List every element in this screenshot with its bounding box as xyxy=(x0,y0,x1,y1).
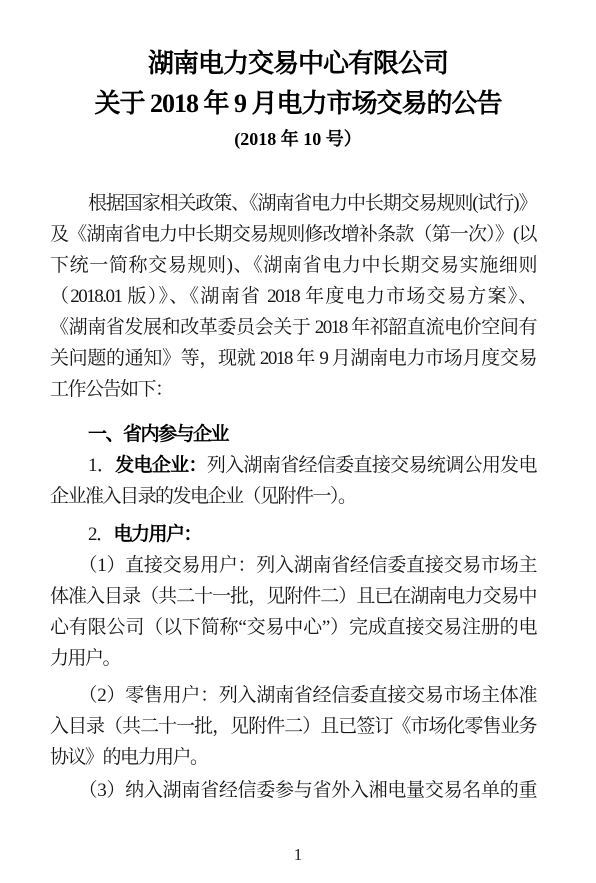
page-number: 1 xyxy=(0,845,596,865)
doc-line: 及《湖南省电力中长期交易规则修改增补条款（第一次）》(以 xyxy=(50,219,536,250)
doc-title-line2: 关于 2018 年 9 月电力市场交易的公告 xyxy=(0,84,596,124)
doc-line: （2）零售用户：列入湖南省经信委直接交易市场主体准 xyxy=(50,680,536,711)
term-label: 发电企业： xyxy=(115,455,207,476)
doc-line: （3）纳入湖南省经信委参与省外入湘电量交易名单的重 xyxy=(50,775,536,806)
section-heading: 一、省内参与企业 xyxy=(50,419,536,450)
doc-line: 关问题的通知》等，现就 2018 年 9 月湖南电力市场月度交易 xyxy=(50,343,536,374)
doc-line: 《湖南省发展和改革委员会关于 2018 年祁韶直流电价空间有 xyxy=(50,312,536,343)
doc-line: 1．发电企业：列入湖南省经信委直接交易统调公用发电 xyxy=(50,450,536,481)
doc-line: 2．电力用户： xyxy=(50,519,536,550)
doc-line: 入目录（共二十一批，见附件二）且已签订《市场化零售业务 xyxy=(50,711,536,742)
doc-line: 根据国家相关政策、《湖南省电力中长期交易规则(试行)》 xyxy=(50,188,536,219)
list-number: 2． xyxy=(88,524,114,545)
doc-line: （1）直接交易用户：列入湖南省经信委直接交易市场主 xyxy=(50,550,536,581)
list-number: 1． xyxy=(88,455,115,476)
doc-line: 工作公告如下： xyxy=(50,374,536,405)
doc-line: 下统一简称交易规则)、《湖南省电力中长期交易实施细则 xyxy=(50,250,536,281)
document-page: 湖南电力交易中心有限公司 关于 2018 年 9 月电力市场交易的公告 (201… xyxy=(0,0,596,883)
doc-line: 企业准入目录的发电企业（见附件一）。 xyxy=(50,481,536,512)
doc-header: 湖南电力交易中心有限公司 关于 2018 年 9 月电力市场交易的公告 (201… xyxy=(0,0,596,152)
doc-line: 心有限公司（以下简称“交易中心”）完成直接交易注册的电 xyxy=(50,612,536,643)
doc-body: 根据国家相关政策、《湖南省电力中长期交易规则(试行)》 及《湖南省电力中长期交易… xyxy=(50,188,536,806)
doc-line: 体准入目录（共二十一批，见附件二）且已在湖南电力交易中 xyxy=(50,581,536,612)
doc-line: 力用户。 xyxy=(50,643,536,674)
line-text: 列入湖南省经信委直接交易统调公用发电 xyxy=(207,455,536,476)
doc-line: （2018.01 版）》、《湖南省 2018 年度电力市场交易方案》、 xyxy=(50,281,536,312)
doc-title-line1: 湖南电力交易中心有限公司 xyxy=(0,44,596,84)
doc-line: 协议》的电力用户。 xyxy=(50,742,536,773)
term-label: 电力用户： xyxy=(114,524,202,545)
doc-number: (2018 年 10 号） xyxy=(0,126,596,152)
